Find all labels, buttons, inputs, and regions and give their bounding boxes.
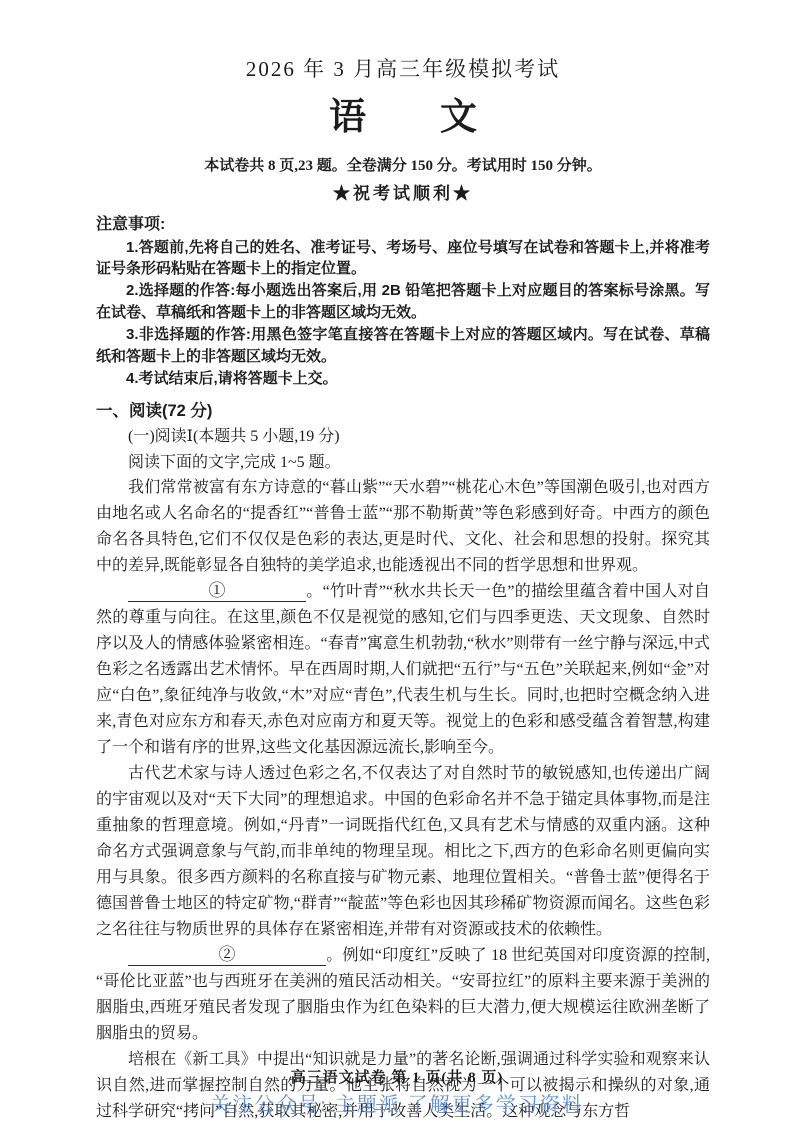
subject-title: 语 文: [96, 95, 710, 141]
passage-paragraph-3: 古代艺术家与诗人透过色彩之名,不仅表达了对自然时节的敏锐感知,也传递出广阔的宇宙…: [96, 761, 710, 943]
notice-item-4: 4.考试结束后,请将答题卡上交。: [96, 368, 710, 390]
footer-promo-text: 关注公众号: 主题派 了解更多学习资料: [0, 1088, 794, 1117]
reading-instruction: 阅读下面的文字,完成 1~5 题。: [96, 450, 710, 476]
passage-body: 我们常常被富有东方诗意的“暮山紫”“天水碧”“桃花心木色”等国潮色吸引,也对西方…: [96, 475, 710, 1123]
notices-heading: 注意事项:: [96, 213, 710, 236]
passage-paragraph-4: ②。例如“印度红”反映了 18 世纪英国对印度资源的控制,“哥伦比亚蓝”也与西班…: [96, 943, 710, 1047]
subsection-heading-reading-1: (一)阅读Ⅰ(本题共 5 小题,19 分): [96, 424, 710, 450]
notice-item-1: 1.答题前,先将自己的姓名、准考证号、考场号、座位号填写在试卷和答题卡上,并将准…: [96, 237, 710, 281]
notice-item-3: 3.非选择题的作答:用黑色签字笔直接答在答题卡上对应的答题区域内。写在试卷、草稿…: [96, 324, 710, 368]
passage-paragraph-2: ①。“竹叶青”“秋水共长天一色”的描绘里蕴含着中国人对自然的尊重与向往。在这里,…: [96, 579, 710, 761]
notice-item-2: 2.选择题的作答:每小题选出答案后,用 2B 铅笔把答题卡上对应题目的答案标号涂…: [96, 280, 710, 324]
exam-title: 2026 年 3 月高三年级模拟考试: [96, 56, 710, 83]
fill-blank-line-2: ②: [128, 945, 326, 966]
passage-paragraph-1: 我们常常被富有东方诗意的“暮山紫”“天水碧”“桃花心木色”等国潮色吸引,也对西方…: [96, 475, 710, 579]
fill-blank-line-1: ①: [128, 581, 306, 602]
exam-wish-line: ★祝考试顺利★: [96, 182, 710, 206]
paper-info-line: 本试卷共 8 页,23 题。全卷满分 150 分。考试用时 150 分钟。: [96, 156, 710, 177]
footer-page-number: 高三语文试卷 第 1 页(共 8 页): [0, 1066, 794, 1087]
passage-paragraph-2-text: 。“竹叶青”“秋水共长天一色”的描绘里蕴含着中国人对自然的尊重与向往。在这里,颜…: [96, 583, 710, 756]
notices-section: 注意事项: 1.答题前,先将自己的姓名、准考证号、考场号、座位号填写在试卷和答题…: [96, 213, 710, 389]
section-heading-reading: 一、阅读(72 分): [96, 398, 710, 424]
exam-paper-page: 2026 年 3 月高三年级模拟考试 语 文 本试卷共 8 页,23 题。全卷满…: [0, 0, 794, 1123]
